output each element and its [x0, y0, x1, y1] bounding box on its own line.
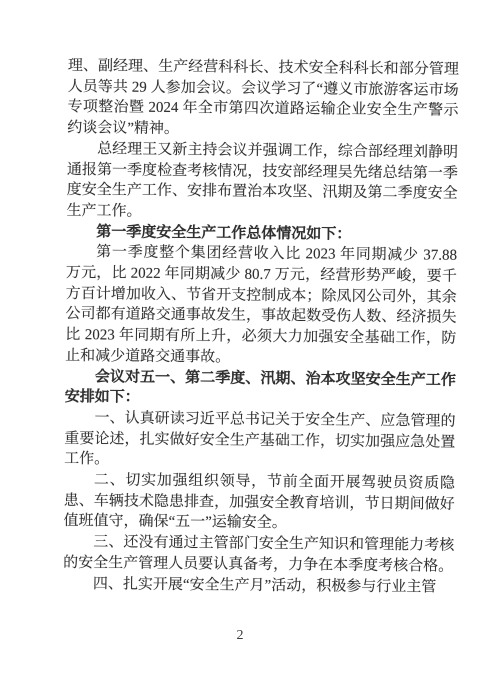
paragraph-arrangement-3: 三、还没有通过主管部门安全生产知识和管理能力考核的安全生产管理人员要认真备考，力… — [63, 532, 454, 577]
paragraph-arrangement-4: 四、扎实开展“安全生产月”活动，积极参与行业主管 — [63, 574, 454, 598]
page-number: 2 — [0, 627, 480, 645]
paragraph-q1-details: 第一季度整个集团经营收入比 2023 年同期减少 37.88 万元，比 2022… — [65, 242, 457, 370]
paragraph-continuation: 理、副经理、生产经营科科长、技术安全科科长和部分管理人员等共 29 人参加会议。… — [67, 56, 459, 143]
document-body: 理、副经理、生产经营科科长、技术安全科科长和部分管理人员等共 29 人参加会议。… — [63, 56, 459, 598]
heading-arrangements: 会议对五一、第二季度、汛期、治本攻坚安全生产工作安排如下： — [65, 367, 456, 412]
document-page: 理、副经理、生产经营科科长、技术安全科科长和部分管理人员等共 29 人参加会议。… — [0, 0, 480, 680]
paragraph-arrangement-1: 一、认真研读习近平总书记关于安全生产、应急管理的重要论述，扎实做好安全生产基础工… — [64, 408, 456, 474]
paragraph-meeting-host: 总经理王又新主持会议并强调工作，综合部经理刘静明通报第一季度检查考核情况，技安部… — [66, 139, 458, 226]
paragraph-arrangement-2: 二、切实加强组织领导，节前全面开展驾驶员资质隐患、车辆技术隐患排查，加强安全教育… — [63, 470, 455, 536]
